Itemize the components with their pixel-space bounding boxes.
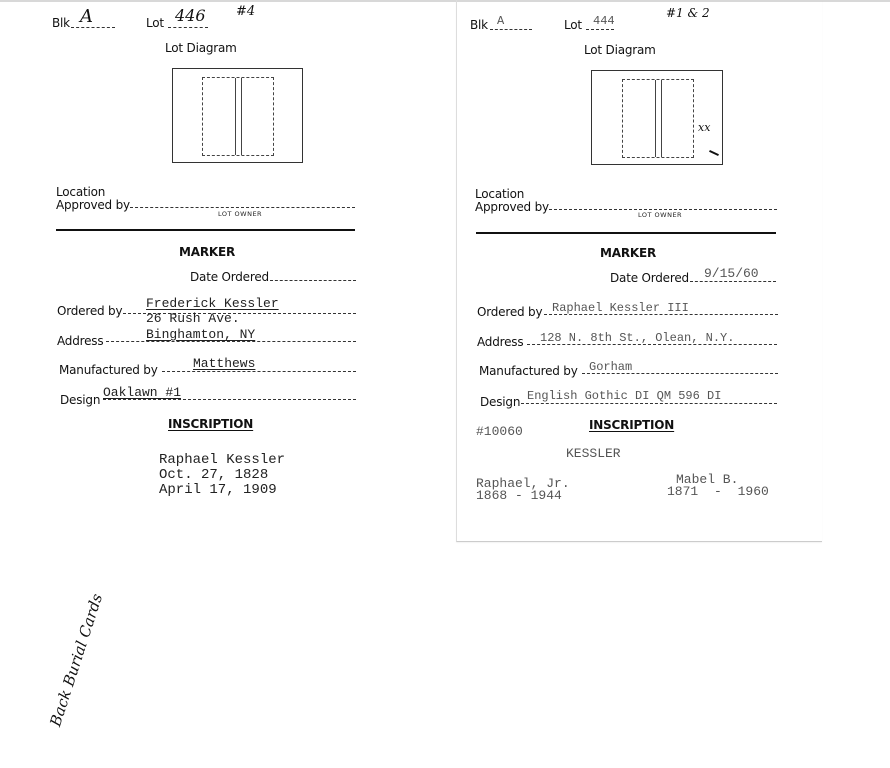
- pencil-stroke: [709, 150, 719, 156]
- diagram-mark: xx: [698, 121, 710, 134]
- date-ordered-label: Date Ordered: [610, 271, 689, 285]
- ordered-by-label: Ordered by: [477, 305, 542, 319]
- inscription-surname: KESSLER: [566, 446, 621, 461]
- address-value: 128 N. 8th St., Olean, N.Y.: [540, 331, 734, 345]
- lot-diagram: xx: [591, 70, 723, 165]
- lot-diagram-title: Lot Diagram: [584, 43, 656, 57]
- blk-line: [490, 29, 532, 30]
- approved-by-label: Approved by: [475, 200, 549, 214]
- plot-divider: [655, 80, 656, 157]
- lot-annotation: #1 & 2: [666, 6, 710, 20]
- lot-label: Lot: [564, 18, 582, 32]
- ordered-by-value: Raphael Kessler III: [552, 301, 689, 315]
- section-rule: [476, 232, 776, 234]
- grave-plot-outline: [622, 79, 694, 158]
- blk-value: A: [497, 14, 504, 28]
- burial-card-right: Blk A Lot 444 #1 & 2 Lot Diagram xx Loca…: [0, 0, 890, 768]
- inscription-right-dates: 1871 - 1960: [667, 484, 769, 499]
- lot-line: [586, 29, 614, 30]
- design-label: Design: [480, 395, 520, 409]
- design-value: English Gothic DI QM 596 DI: [527, 389, 721, 403]
- manufactured-by-label: Manufactured by: [479, 364, 578, 378]
- inscription-left-dates: 1868 - 1944: [476, 488, 562, 503]
- date-ordered-line: [690, 281, 776, 282]
- location-label: Location: [475, 187, 524, 201]
- manufactured-by-value: Gorham: [589, 360, 632, 374]
- address-label: Address: [477, 335, 523, 349]
- marker-heading: MARKER: [600, 246, 656, 260]
- plot-divider: [661, 80, 662, 157]
- blk-label: Blk: [470, 18, 488, 32]
- lot-owner-caption: LOT OWNER: [638, 211, 682, 219]
- approved-by-line: [549, 209, 777, 210]
- lot-value: 444: [593, 14, 615, 28]
- inscription-heading: INSCRIPTION: [589, 418, 674, 432]
- catalog-number: #10060: [476, 424, 523, 439]
- date-ordered-value: 9/15/60: [704, 266, 759, 281]
- design-line: [521, 403, 777, 404]
